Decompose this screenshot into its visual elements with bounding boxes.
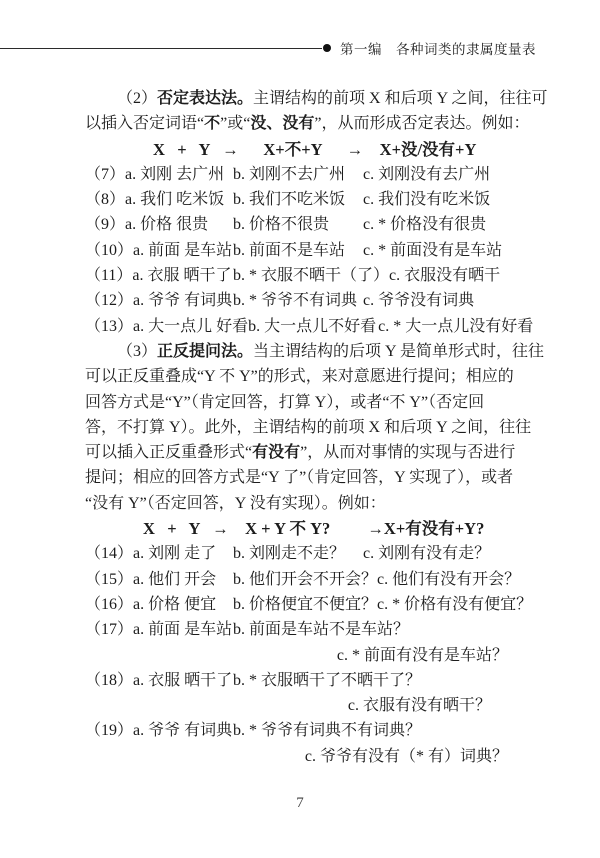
- para-text: ”或“: [220, 115, 250, 132]
- para-neg-line-2: 以插入否定词语“不”或“没、没有”，从而形成否定表达。例如：: [85, 111, 517, 136]
- example-cell-b: b. * 爷爷有词典不有词典？: [233, 718, 421, 743]
- para-neg-line-1: （2）否定表达法。主谓结构的前项 X 和后项 Y 之间，往往可: [85, 86, 517, 111]
- example-cell-c: c. * 价格有没有便宜？: [377, 592, 532, 617]
- example-cell-a: （19）a. 爷爷 有词典: [85, 718, 233, 743]
- example-cell-b: b. 我们不吃米饭: [233, 187, 363, 212]
- example-cont-17c: c. * 前面有没有是车站？: [85, 643, 517, 668]
- example-cell-b: b. 价格便宜不便宜？: [233, 592, 377, 617]
- bullet-icon: [323, 44, 331, 52]
- example-cell-c: c. * 价格没有很贵: [363, 212, 486, 237]
- para-q-line-3: 回答方式是“Y”（肯定回答，打算 Y），或者“不 Y”（否定回: [85, 390, 517, 415]
- example-cell-b: b. 价格不很贵: [233, 212, 363, 237]
- example-cell-a: （16）a. 价格 便宜: [85, 592, 233, 617]
- example-cell-b: b. * 衣服不晒干（了）: [233, 263, 389, 288]
- example-cell-c: c. 爷爷没有词典: [363, 288, 474, 313]
- para-text: ”，从而形成否定表达。例如：: [314, 115, 529, 132]
- para-q-line-1: （3）正反提问法。当主谓结构的后项 Y 是简单形式时，往往: [85, 339, 517, 364]
- example-row-13: （13）a. 大一点儿 好看b. 大一点儿不好看c. * 大一点儿没有好看: [85, 314, 517, 339]
- example-row-9: （9）a. 价格 很贵b. 价格不很贵c. * 价格没有很贵: [85, 212, 517, 237]
- para-text: ”，从而对事情的实现与否进行: [300, 444, 515, 461]
- example-cell-b: b. 他们开会不开会？: [233, 567, 377, 592]
- example-cell-a: （18）a. 衣服 晒干了: [85, 668, 233, 693]
- para-text: 主谓结构的前项 X 和后项 Y 之间，往往可: [253, 90, 548, 107]
- example-cell-a: （8）a. 我们 吃米饭: [85, 187, 233, 212]
- example-cell-b: b. 刘刚不去广州: [233, 162, 363, 187]
- para-bold-text: 没、没有: [250, 115, 314, 132]
- example-cell-b: b. 大一点儿不好看: [248, 314, 378, 339]
- example-cell-c: c. 刘刚有没有走？: [363, 541, 490, 566]
- example-cell-b: b. * 衣服晒干了不晒干了？: [233, 668, 421, 693]
- para-bold-text: 正反提问法。: [157, 343, 253, 360]
- book-page: 第一编 各种词类的隶属度量表 （2）否定表达法。主谓结构的前项 X 和后项 Y …: [0, 0, 600, 858]
- para-text: 可以插入正反重叠形式“: [85, 444, 252, 461]
- para-q-line-4: 答，不打算 Y）。此外，主谓结构的前项 X 和后项 Y 之间，往往: [85, 415, 517, 440]
- example-cell-c: c. 他们有没有开会？: [377, 567, 520, 592]
- para-bold-text: 有没有: [252, 444, 300, 461]
- example-cell-a: （11）a. 衣服 晒干了: [85, 263, 233, 288]
- para-text: （3）: [117, 343, 157, 360]
- example-row-14: （14）a. 刘刚 走了b. 刘刚走不走？c. 刘刚有没有走？: [85, 541, 517, 566]
- example-cell-a: （14）a. 刘刚 走了: [85, 541, 233, 566]
- example-cell-b: b. 前面是车站不是车站？: [233, 617, 409, 642]
- example-cell-a: （17）a. 前面 是车站: [85, 617, 233, 642]
- example-row-19: （19）a. 爷爷 有词典b. * 爷爷有词典不有词典？: [85, 718, 517, 743]
- example-row-8: （8）a. 我们 吃米饭b. 我们不吃米饭c. 我们没有吃米饭: [85, 187, 517, 212]
- para-q-line-6: 提问；相应的回答方式是“Y 了”（肯定回答，Y 实现了），或者: [85, 465, 517, 490]
- example-cell-b: b. * 爷爷不有词典: [233, 288, 363, 313]
- example-cell-a: （10）a. 前面 是车站: [85, 238, 233, 263]
- example-cell-a: （15）a. 他们 开会: [85, 567, 233, 592]
- example-row-18: （18）a. 衣服 晒干了b. * 衣服晒干了不晒干了？: [85, 668, 517, 693]
- example-cell-a: （9）a. 价格 很贵: [85, 212, 233, 237]
- example-row-17: （17）a. 前面 是车站b. 前面是车站不是车站？: [85, 617, 517, 642]
- example-cell-a: （12）a. 爷爷 有词典: [85, 288, 233, 313]
- example-cell-c: c. 衣服没有晒干: [389, 263, 500, 288]
- example-cont-19c: c. 爷爷有没有（* 有）词典？: [85, 744, 517, 769]
- example-cell-a: （7）a. 刘刚 去广州: [85, 162, 233, 187]
- example-cell-b: b. 前面不是车站: [233, 238, 363, 263]
- example-row-16: （16）a. 价格 便宜b. 价格便宜不便宜？c. * 价格有没有便宜？: [85, 592, 517, 617]
- para-text: 以插入否定词语“: [85, 115, 204, 132]
- example-cell-a: （13）a. 大一点儿 好看: [85, 314, 248, 339]
- formula-question: X + Y → X + Y 不 Y? →X+有没有+Y?: [85, 516, 517, 541]
- example-cell-c: c. * 前面没有是车站: [363, 238, 502, 263]
- running-head: 第一编 各种词类的隶属度量表: [0, 40, 536, 56]
- example-cell-c: c. 刘刚没有去广州: [363, 162, 490, 187]
- example-row-12: （12）a. 爷爷 有词典b. * 爷爷不有词典c. 爷爷没有词典: [85, 288, 517, 313]
- example-cell-b: b. 刘刚走不走？: [233, 541, 363, 566]
- example-cell-c: c. * 大一点儿没有好看: [378, 314, 533, 339]
- example-row-7: （7）a. 刘刚 去广州b. 刘刚不去广州c. 刘刚没有去广州: [85, 162, 517, 187]
- example-row-15: （15）a. 他们 开会b. 他们开会不开会？c. 他们有没有开会？: [85, 567, 517, 592]
- para-text: （2）: [117, 90, 157, 107]
- para-q-line-7: “没有 Y”（否定回答，Y 没有实现）。例如：: [85, 491, 517, 516]
- example-row-11: （11）a. 衣服 晒干了b. * 衣服不晒干（了）c. 衣服没有晒干: [85, 263, 517, 288]
- para-bold-text: 否定表达法。: [157, 90, 253, 107]
- example-row-10: （10）a. 前面 是车站b. 前面不是车站c. * 前面没有是车站: [85, 238, 517, 263]
- example-cell-c: c. 我们没有吃米饭: [363, 187, 490, 212]
- running-head-title: 第一编 各种词类的隶属度量表: [340, 38, 536, 58]
- para-text: 当主谓结构的后项 Y 是简单形式时，往往: [253, 343, 544, 360]
- para-q-line-2: 可以正反重叠成“Y 不 Y”的形式，来对意愿进行提问；相应的: [85, 364, 517, 389]
- page-number: 7: [0, 795, 600, 812]
- header-rule: [0, 48, 322, 49]
- para-bold-text: 不: [204, 115, 220, 132]
- example-cont-18c: c. 衣服有没有晒干？: [85, 693, 517, 718]
- text-block: （2）否定表达法。主谓结构的前项 X 和后项 Y 之间，往往可 以插入否定词语“…: [85, 86, 517, 769]
- formula-negation: X + Y → X+不+Y → X+没/没有+Y: [85, 137, 517, 162]
- para-q-line-5: 可以插入正反重叠形式“有没有”，从而对事情的实现与否进行: [85, 440, 517, 465]
